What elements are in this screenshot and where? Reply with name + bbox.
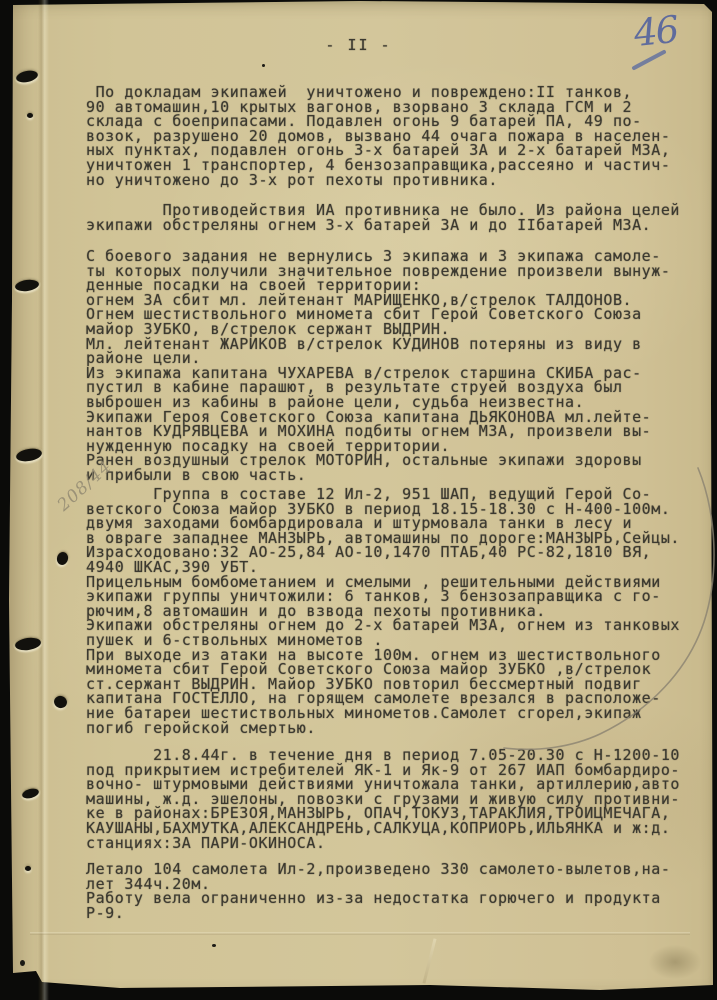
handwritten-page-number: 46 [632, 8, 679, 55]
typewritten-line: Работу вела ограниченно из-за недостатка… [86, 891, 711, 906]
typewritten-line: Р-9. [86, 906, 711, 921]
pencil-bracket-arc [480, 440, 717, 770]
punch-hole [27, 113, 33, 118]
paragraph: Летало 104 самолета Ил-2,произведено 330… [86, 862, 711, 920]
document-scan: - II - По докладам экипажей уничтожено и… [0, 0, 717, 1000]
vertical-crease [38, 0, 49, 1000]
typewritten-line: станциях:ЗА ПАРИ-ОКИНОСА. [86, 836, 711, 851]
paper-speck [20, 960, 25, 966]
paragraph: По докладам экипажей уничтожено и повреж… [86, 85, 711, 187]
paragraph: Противодействия ИА противника не было. И… [86, 203, 711, 232]
typewritten-line: но уничтожено до 3-х рот пехоты противни… [86, 173, 711, 188]
punch-hole [25, 866, 31, 871]
typewritten-line: экипажи обстреляны огнем 3-х батарей ЗА … [86, 218, 711, 233]
